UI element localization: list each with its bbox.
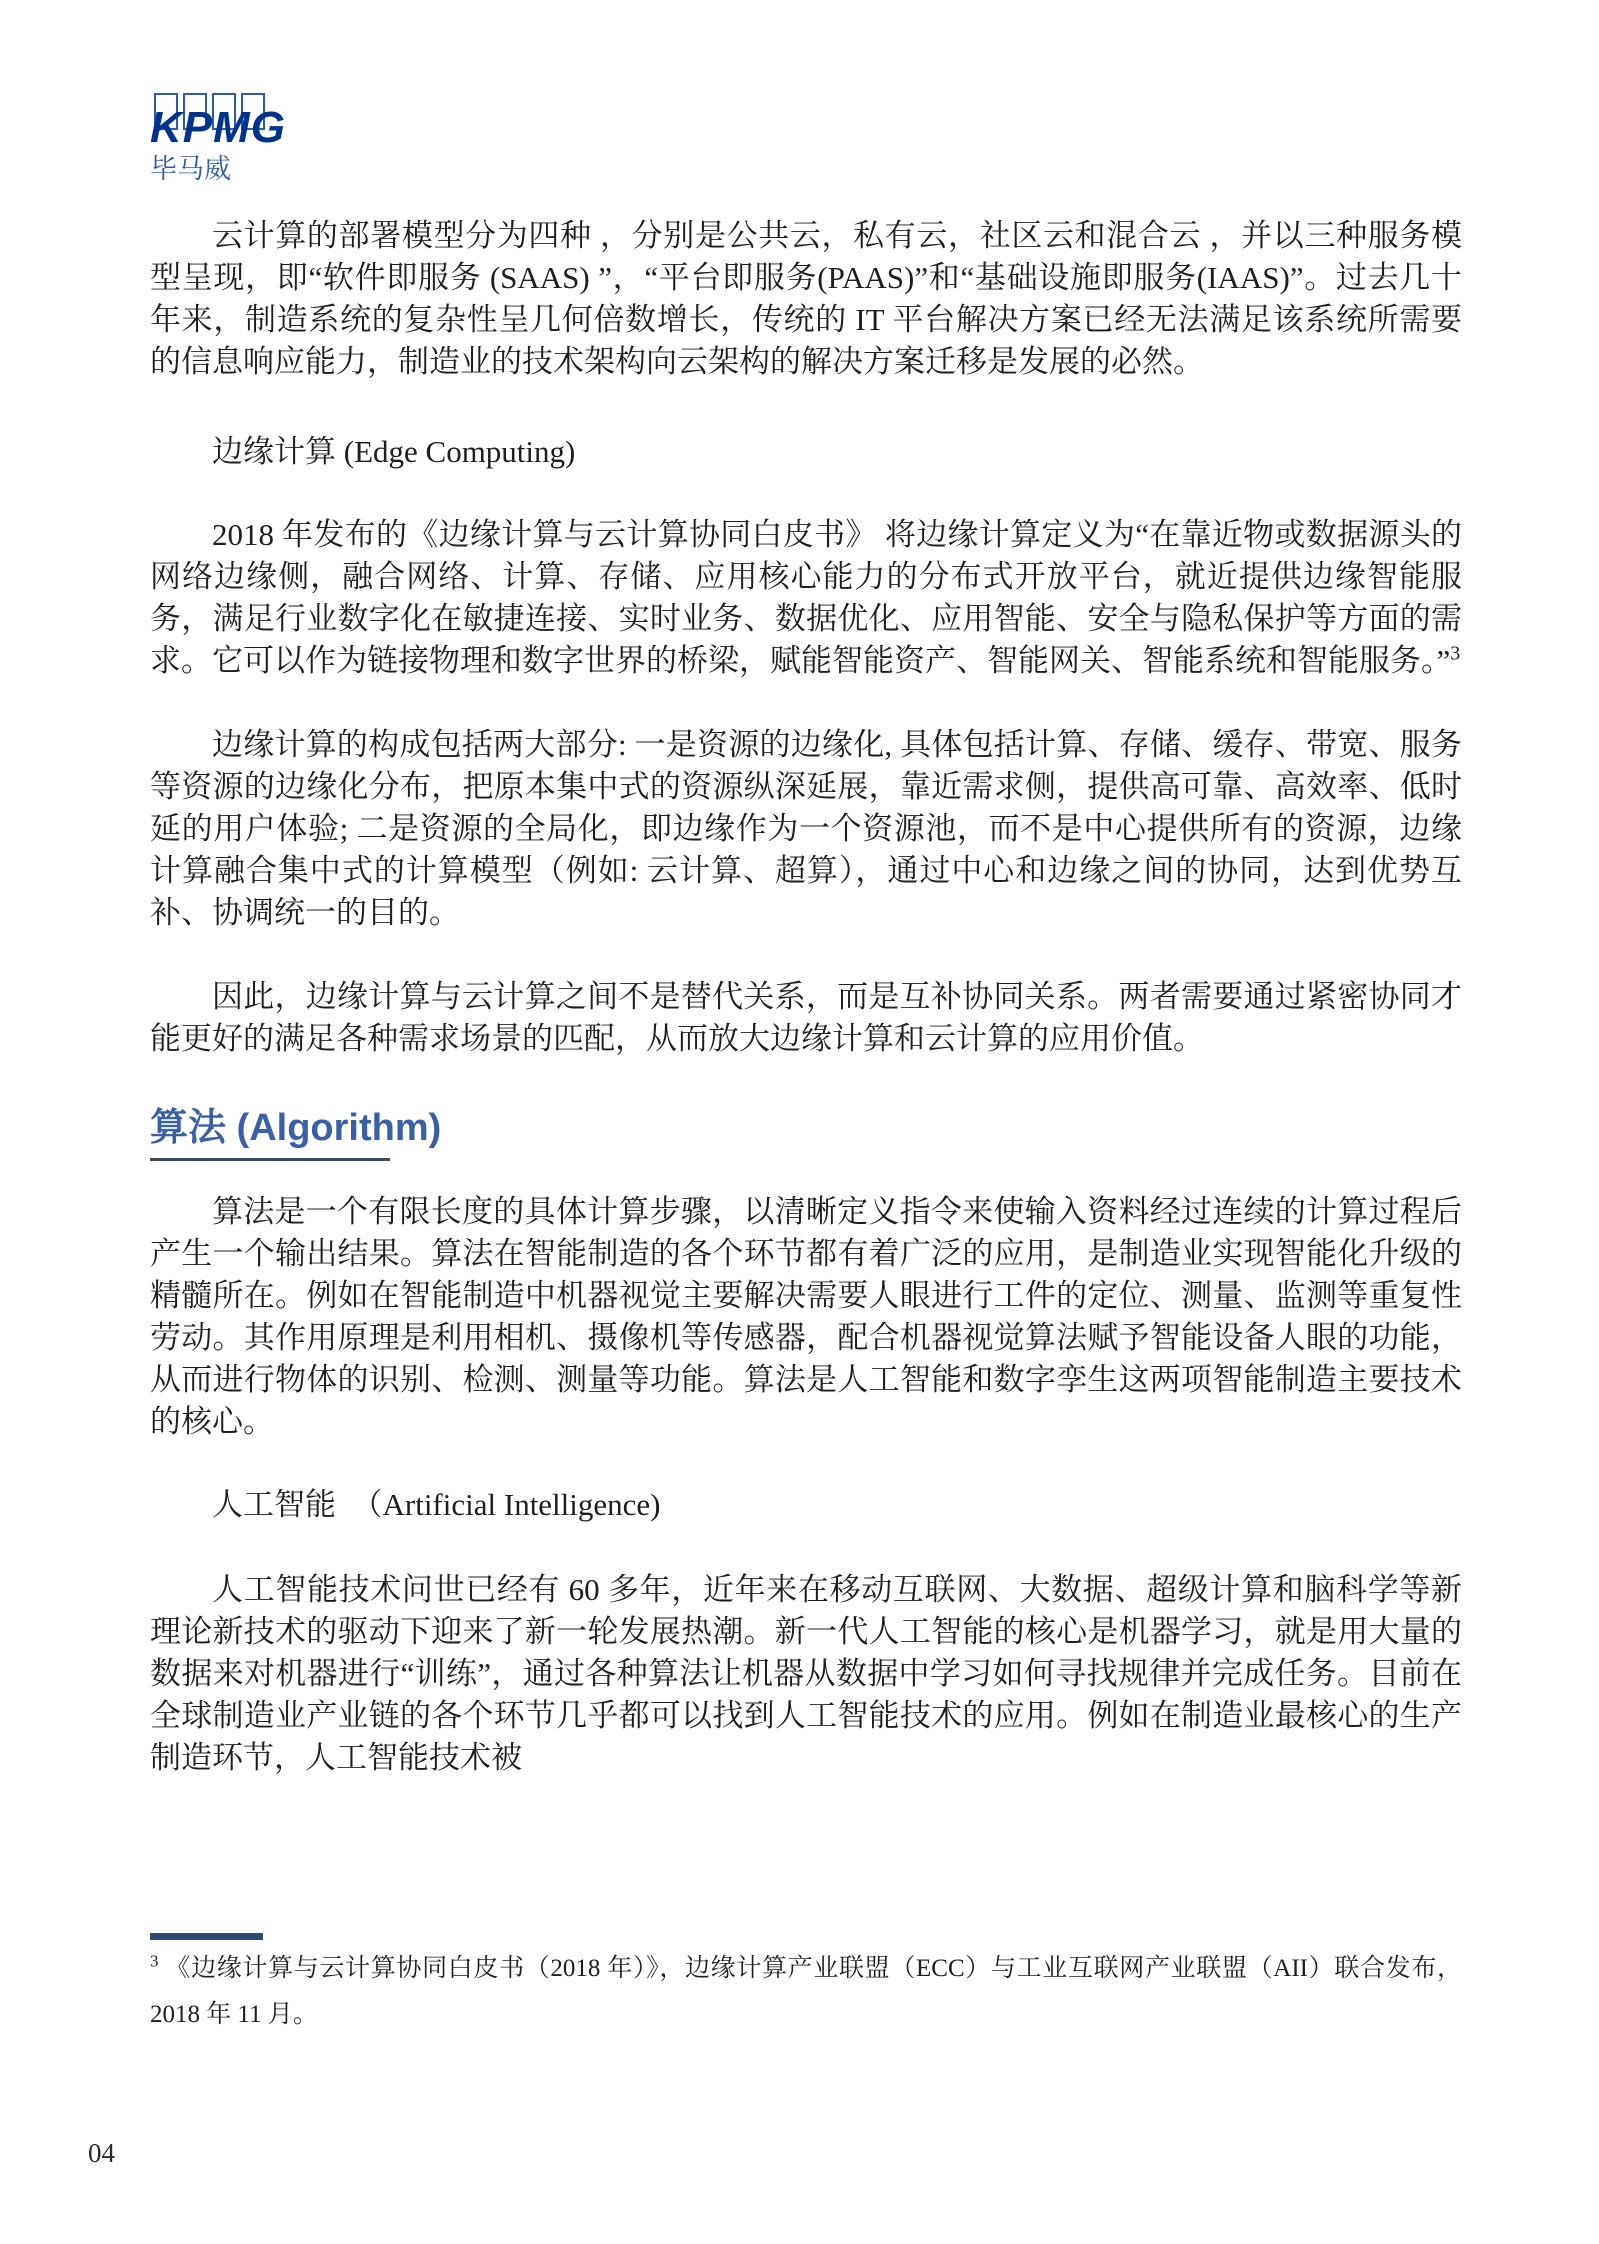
footnote-text: 3 《边缘计算与云计算协同白皮书（2018 年）》，边缘计算产业联盟（ECC）与… [150, 1946, 1462, 2038]
paragraph-edge-definition: 2018 年发布的《边缘计算与云计算协同白皮书》 将边缘计算定义为“在靠近物或数… [150, 514, 1462, 682]
footnote-separator [150, 1933, 263, 1940]
footnote-body: 《边缘计算与云计算协同白皮书（2018 年）》，边缘计算产业联盟（ECC）与工业… [150, 1955, 1462, 2028]
footnote-marker: 3 [150, 1952, 159, 1971]
document-page: KPMG 毕马威 云计算的部署模型分为四种 ，分别是公共云，私有云，社区云和混合… [0, 0, 1599, 2244]
paragraph-edge-cloud-relation: 因此，边缘计算与云计算之间不是替代关系，而是互补协同关系。两者需要通过紧密协同才… [150, 976, 1462, 1060]
footnote-reference-3: 3 [1450, 643, 1460, 665]
paragraph-edge-definition-text: 2018 年发布的《边缘计算与云计算协同白皮书》 将边缘计算定义为“在靠近物或数… [150, 517, 1462, 678]
paragraph-artificial-intelligence: 人工智能技术问世已经有 60 多年，近年来在移动互联网、大数据、超级计算和脑科学… [150, 1569, 1462, 1779]
page-body: 云计算的部署模型分为四种 ，分别是公共云，私有云，社区云和混合云 ，并以三种服务… [150, 0, 1462, 1779]
paragraph-algorithm: 算法是一个有限长度的具体计算步骤，以清晰定义指令来使输入资料经过连续的计算过程后… [150, 1191, 1462, 1443]
paragraph-edge-components: 边缘计算的构成包括两大部分: 一是资源的边缘化, 具体包括计算、存储、缓存、带宽… [150, 724, 1462, 934]
heading-algorithm-underline [150, 1158, 390, 1161]
heading-edge-computing: 边缘计算 (Edge Computing) [150, 431, 1462, 473]
paragraph-cloud-deployment: 云计算的部署模型分为四种 ，分别是公共云，私有云，社区云和混合云 ，并以三种服务… [150, 215, 1462, 383]
page-number: 04 [88, 2138, 115, 2169]
heading-algorithm: 算法 (Algorithm) [150, 1106, 1462, 1150]
heading-artificial-intelligence: 人工智能 （Artificial Intelligence) [150, 1484, 1462, 1526]
